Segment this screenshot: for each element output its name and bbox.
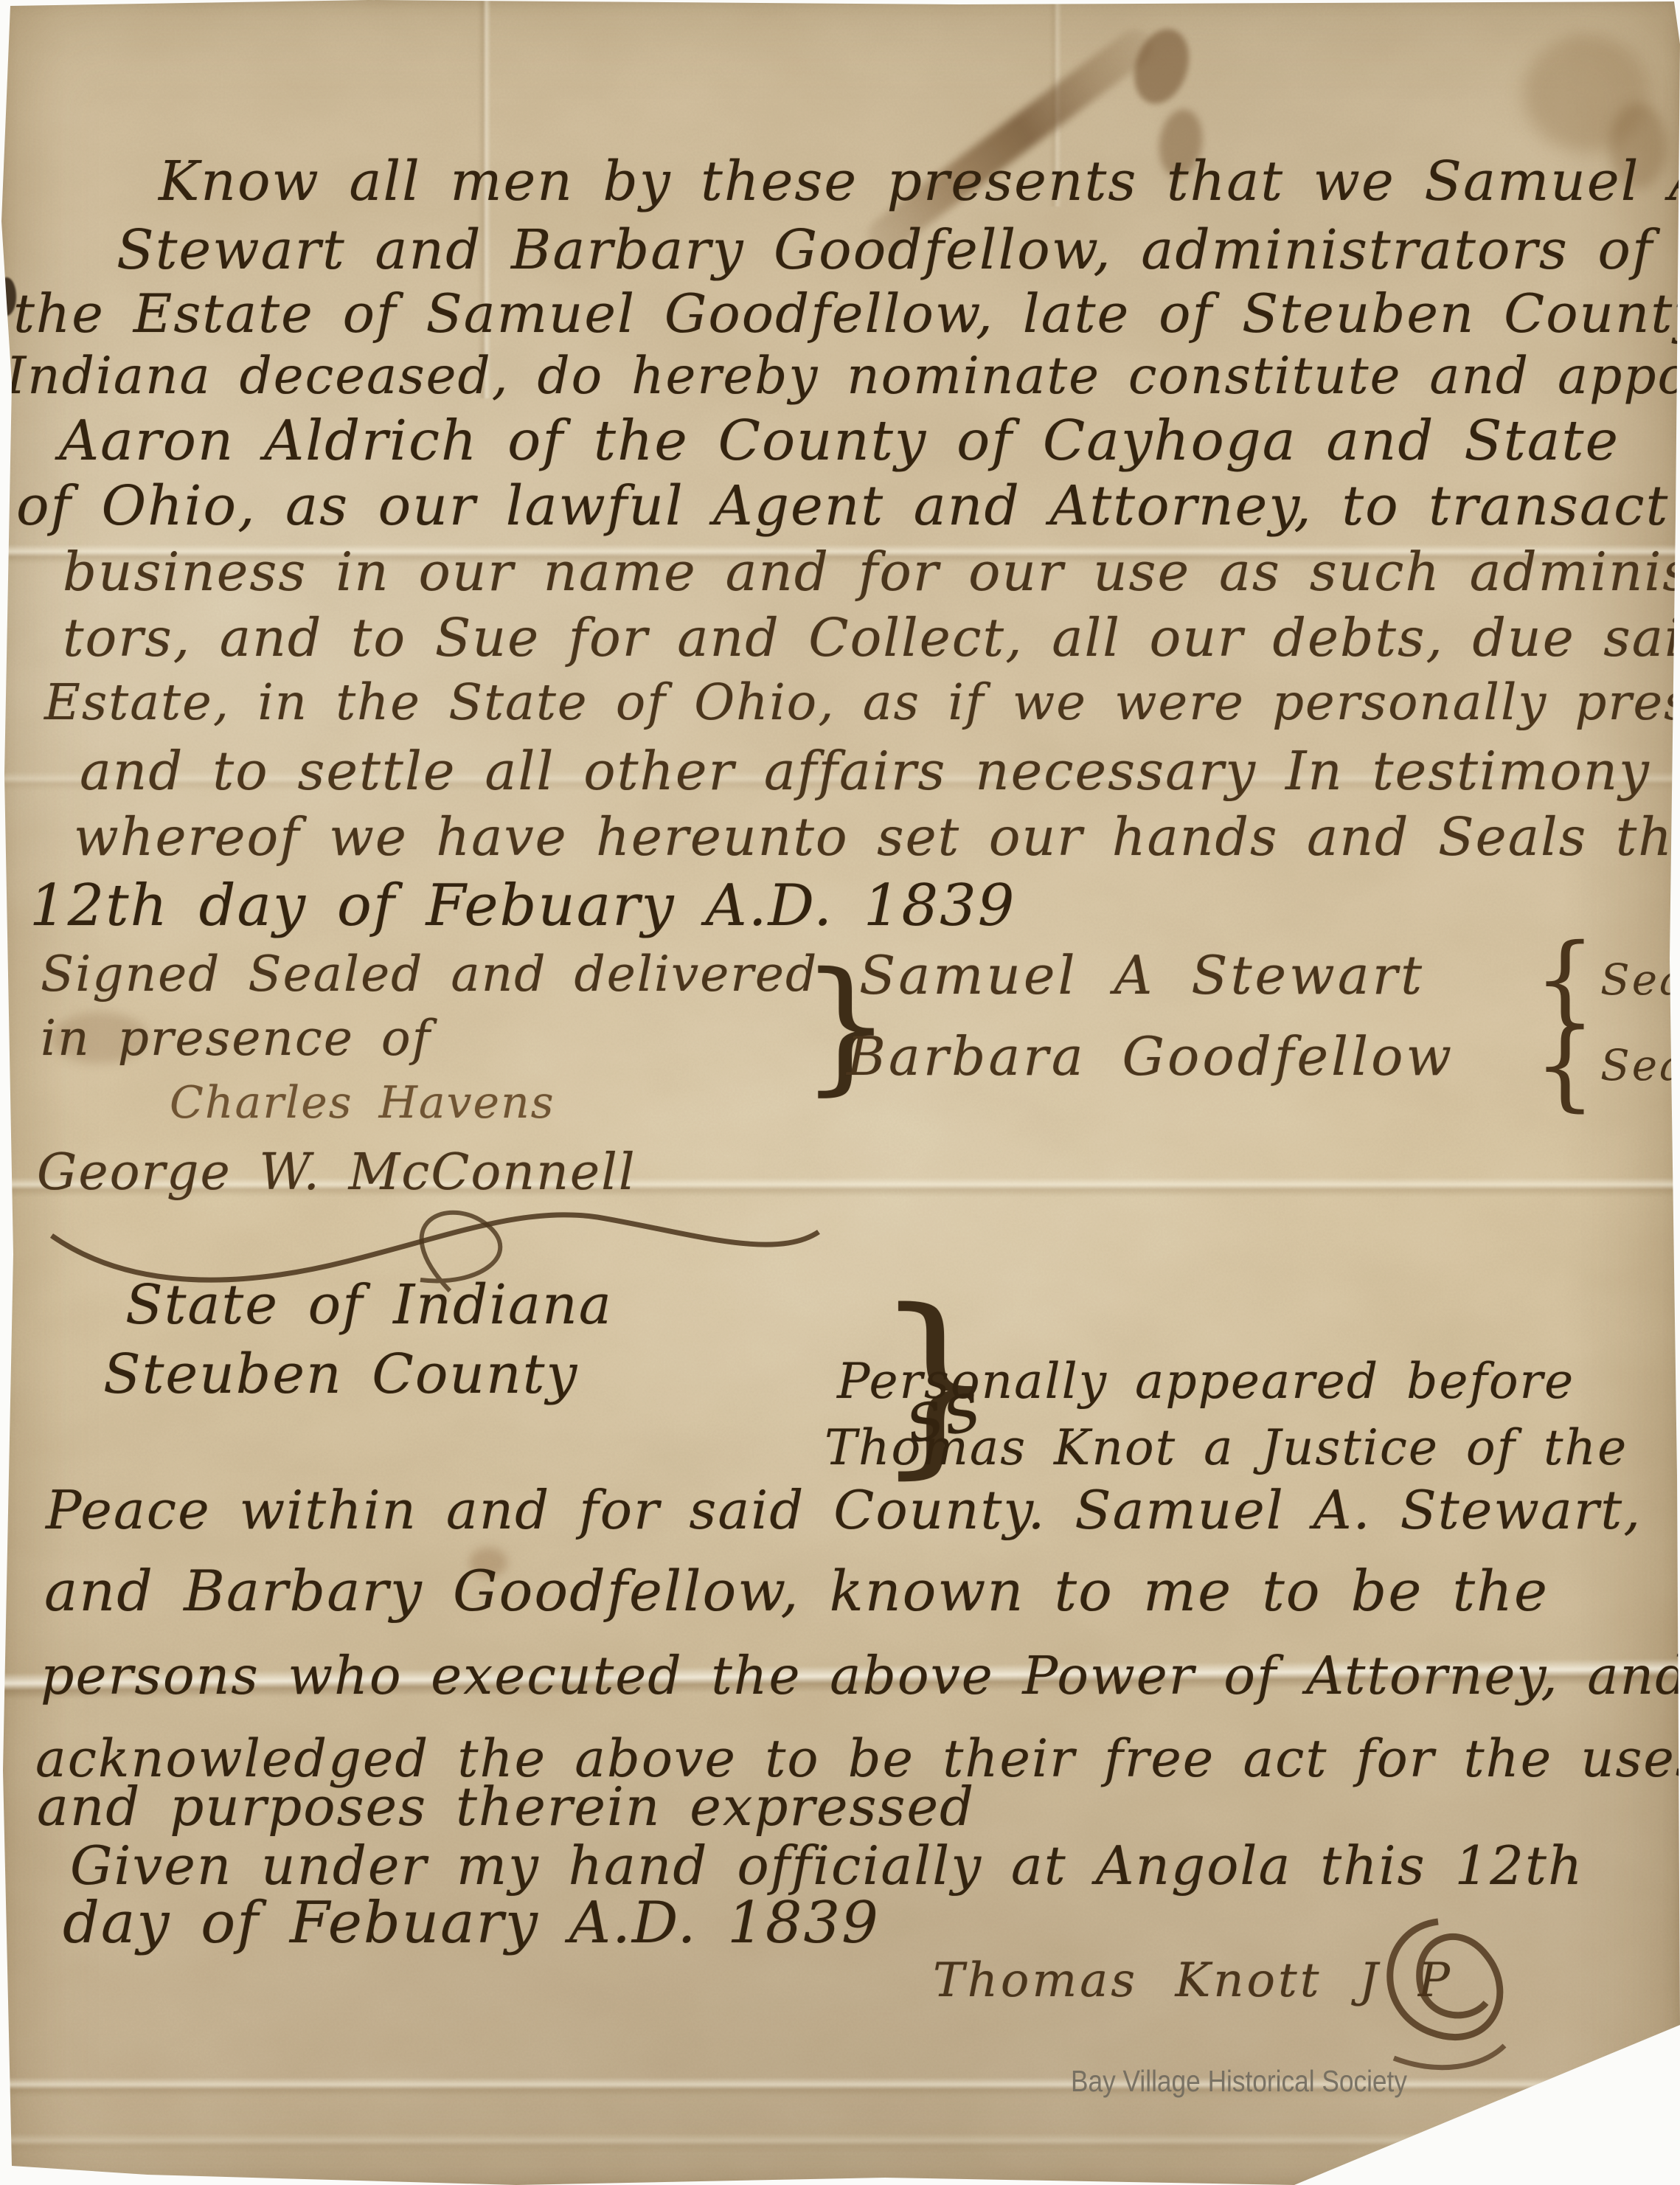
deed-line-7: business in our name and for our use as … [63,543,1680,601]
attestation-line-1: Signed Sealed and delivered [41,948,818,1002]
notary-line-1: Personally appeared before [837,1355,1575,1409]
deed-line-12: 12th day of Febuary A.D. 1839 [29,875,1016,938]
notary-line-3: Peace within and for said County. Samuel… [46,1481,1642,1540]
seal-label: Seal [1600,955,1680,1005]
seal-annotation-2: { Seal [1534,1017,1680,1114]
archive-watermark: Bay Village Historical Society [1071,2064,1407,2099]
edge-stain [1524,34,1649,152]
notary-line-5: persons who executed the above Power of … [41,1647,1680,1705]
witness-signature-2: George W. McConnell [37,1146,636,1201]
notary-line-2: Thomas Knot a Justice of the [825,1422,1628,1475]
notary-line-7: and purposes therein expressed [37,1778,975,1836]
notary-line-8: Given under my hand officially at Angola… [70,1837,1583,1895]
ink-smudge-blob [1125,22,1198,111]
witness-signature-1: Charles Havens [170,1078,555,1127]
notary-officer-signature: Thomas Knott J P [933,1955,1453,2006]
deed-line-2: Stewart and Barbary Goodfellow, administ… [117,221,1653,280]
deed-line-4: Indiana deceased, do hereby nominate con… [6,349,1680,405]
deed-line-11: whereof we have hereunto set our hands a… [74,808,1680,866]
deed-line-8: tors, and to Sue for and Collect, all ou… [63,609,1680,667]
seal-brace-icon: { [1534,1017,1596,1114]
grantor-signature-2: Barbara Goodfellow [847,1028,1454,1086]
deed-line-3: the Estate of Samuel Goodfellow, late of… [13,285,1680,343]
deed-line-9: Estate, in the State of Ohio, as if we w… [44,676,1680,730]
document-scan: Know all men by these presents that we S… [0,0,1680,2185]
fold-crease-6 [0,2133,1680,2153]
grantor-signature-1: Samuel A Stewart [859,946,1425,1005]
notary-county-line: Steuben County [103,1345,578,1405]
fold-crease-5 [0,2077,1680,2096]
deed-line-5: Aaron Aldrich of the County of Cayhoga a… [59,410,1620,471]
deed-line-6: of Ohio, as our lawful Agent and Attorne… [16,477,1669,536]
deed-line-1: Know all men by these presents that we S… [159,152,1680,212]
notary-state-line: State of Indiana [125,1275,613,1335]
attestation-line-2: in presence of [41,1012,431,1066]
seal-label: Seal [1600,1040,1680,1090]
notary-line-9: day of Febuary A.D. 1839 [63,1892,880,1956]
deed-line-10: and to settle all other affairs necessar… [80,742,1651,800]
notary-line-4: and Barbary Goodfellow, known to me to b… [44,1560,1549,1622]
paper-sheet: Know all men by these presents that we S… [0,0,1680,2185]
